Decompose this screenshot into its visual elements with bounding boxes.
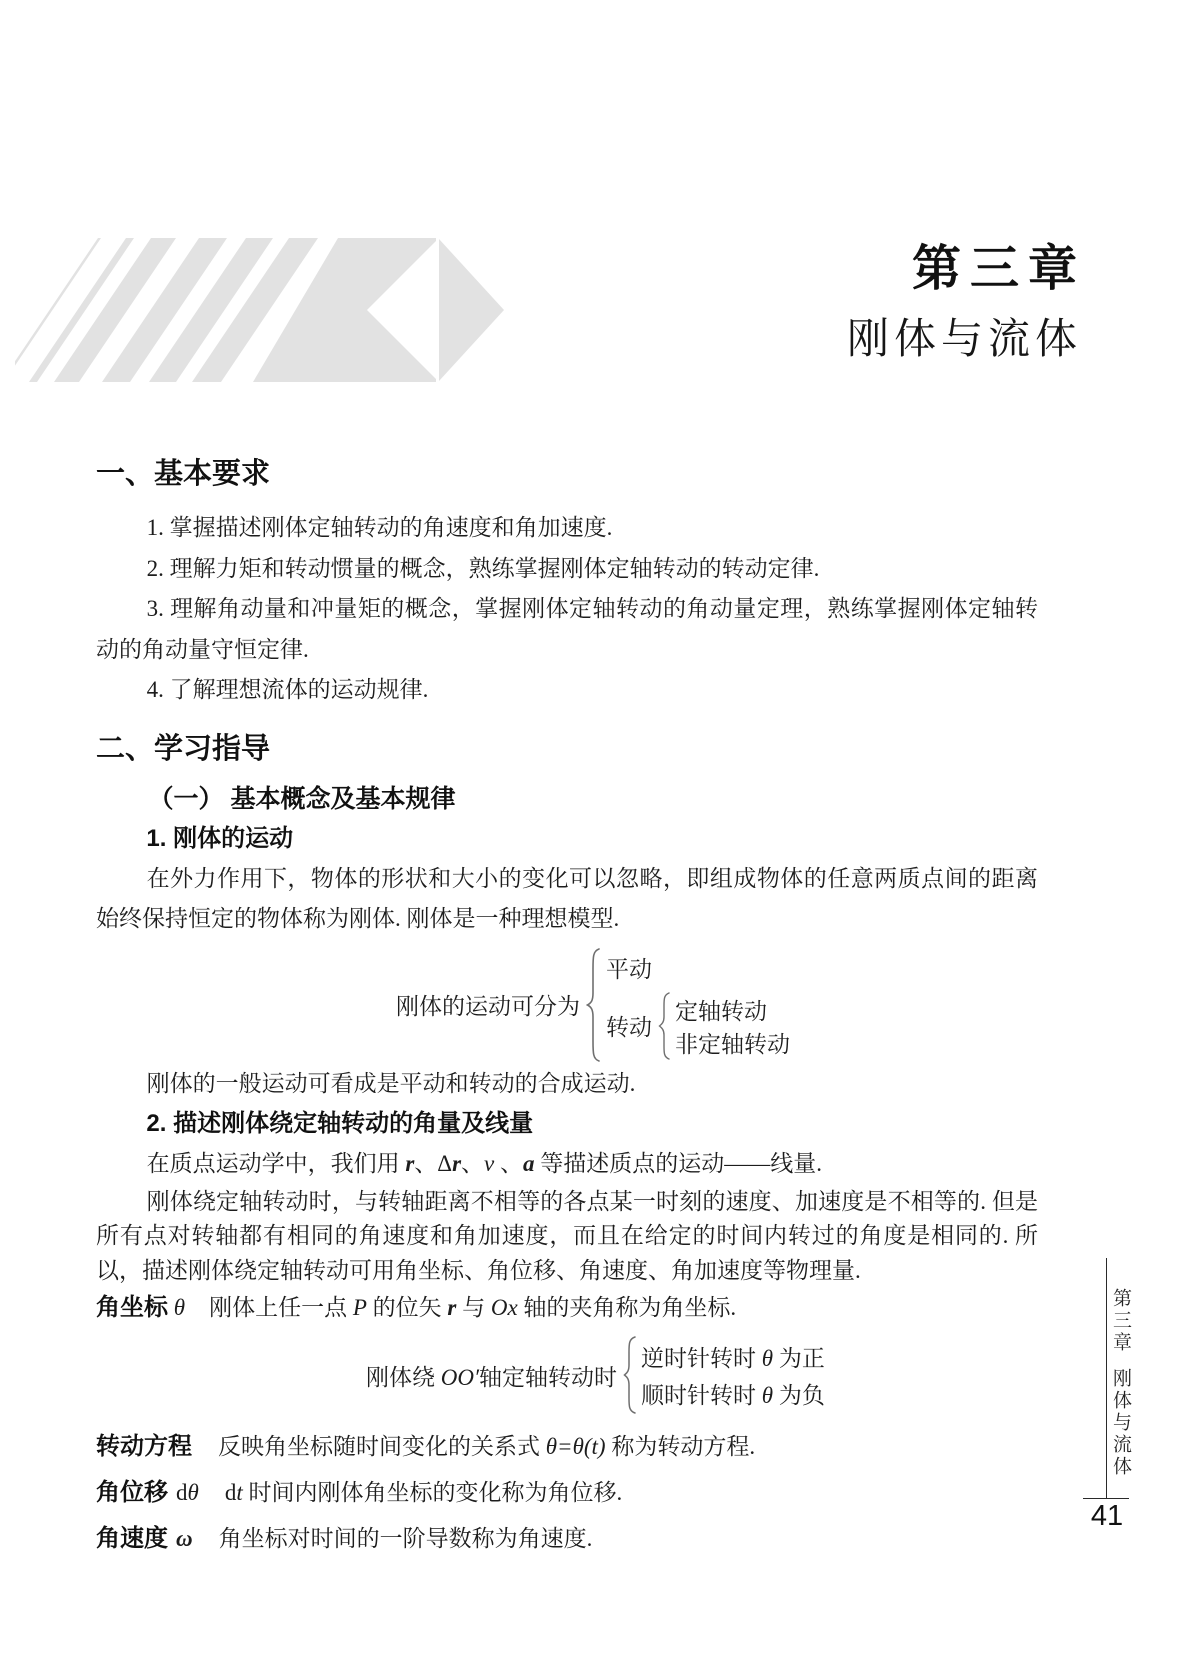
branch-rotation: 转动 [606, 1009, 652, 1042]
d-t-symbol: dt [225, 1480, 243, 1505]
page-number: 41 [1086, 1500, 1128, 1533]
point-p-symbol: P [353, 1295, 367, 1320]
sidebar-chapter-label: 第三章 [1107, 1288, 1134, 1354]
sidebar-horizontal-rule [1083, 1498, 1129, 1499]
text-run: 的位矢 [367, 1295, 448, 1320]
rotation-sub-branches: 定轴转动 非定轴转动 [675, 993, 790, 1059]
symbol-delta-r: r [452, 1151, 461, 1176]
classification-lead: 刚体的运动可分为 [396, 988, 580, 1021]
angular-coordinate-label: 角坐标 [96, 1294, 168, 1321]
requirement-item-1: 1. 掌握描述刚体定轴转动的角速度和角加速度. [96, 508, 1038, 549]
topic-heading-angular-quantities: 2. 描述刚体绕定轴转动的角量及线量 [96, 1104, 1038, 1144]
sidebar-chapter-title: 刚体与流体 [1107, 1368, 1134, 1478]
case-clockwise: 顺时针转时 θ 为负 [641, 1377, 825, 1410]
theta-symbol: θ [174, 1295, 185, 1320]
arrow-right-triangle [439, 239, 504, 381]
definition-angular-coordinate: 角坐标 θ刚体上任一点 P 的位矢 r 与 Ox 轴的夹角称为角坐标. [96, 1288, 1038, 1328]
sub-branch-non-fixed-axis: 非定轴转动 [675, 1026, 790, 1059]
axis-oo-symbol: OO′ [441, 1365, 479, 1390]
branch-rotation-group: 转动 定轴转动 非定轴转动 [606, 991, 790, 1061]
text-run: 、 [461, 1151, 484, 1176]
textbook-page: 第三章 刚体与流体 一、基本要求 1. 掌握描述刚体定轴转动的角速度和角加速度.… [0, 0, 1202, 1675]
topic-heading-rigid-body-motion: 1. 刚体的运动 [96, 819, 1038, 859]
ox-axis-symbol: Ox [491, 1295, 518, 1320]
omega-symbol: ω [176, 1526, 193, 1551]
rotation-sign-figure: 刚体绕 OO′轴定轴转动时 逆时针转时 θ 为正 顺时针转时 θ 为负 [366, 1332, 1038, 1418]
case-counterclockwise: 逆时针转时 θ 为正 [641, 1340, 825, 1373]
rotation-sign-cases: 逆时针转时 θ 为正 顺时针转时 θ 为负 [641, 1340, 825, 1410]
section-heading-requirements: 一、基本要求 [96, 456, 1038, 492]
paragraph-rigid-body-definition: 在外力作用下，物体的形状和大小的变化可以忽略，即组成物体的任意两质点间的距离始终… [96, 859, 1038, 940]
subsection-heading-concepts: （一） 基本概念及基本规律 [96, 779, 1038, 819]
curly-brace-sign-icon [623, 1335, 637, 1415]
paragraph-line-quantities: 在质点运动学中，我们用 r、Δr、v 、a 等描述质点的运动——线量. [96, 1144, 1038, 1185]
vector-r-symbol: r [447, 1295, 456, 1320]
text-run: 、 [494, 1151, 523, 1176]
text-run: 在质点运动学中，我们用 [147, 1151, 406, 1176]
text-run: 轴的夹角称为角坐标. [518, 1295, 737, 1320]
paragraph-general-motion: 刚体的一般运动可看成是平动和转动的合成运动. [96, 1064, 1038, 1105]
text-run: 、Δ [414, 1151, 452, 1176]
chapter-title: 刚体与流体 [847, 306, 1082, 366]
curly-brace-inner-icon [658, 991, 671, 1061]
requirement-item-2: 2. 理解力矩和转动惯量的概念，熟练掌握刚体定轴转动的转动定律. [96, 549, 1038, 590]
text-run: 等描述质点的运动——线量. [535, 1151, 823, 1176]
branch-translation: 平动 [606, 949, 790, 984]
curly-brace-outer-icon [586, 946, 602, 1064]
requirement-item-3: 3. 理解角动量和冲量矩的概念，掌握刚体定轴转动的角动量定理，熟练掌握刚体定轴转… [96, 589, 1038, 670]
sub-branch-fixed-axis: 定轴转动 [675, 993, 790, 1026]
page-content: 一、基本要求 1. 掌握描述刚体定轴转动的角速度和角加速度. 2. 理解力矩和转… [96, 456, 1038, 1562]
chapter-head: 第三章 刚体与流体 [847, 230, 1077, 366]
symbol-a: a [523, 1151, 535, 1176]
d-theta-symbol: dθ [176, 1480, 199, 1505]
symbol-v: v [484, 1151, 494, 1176]
paragraph-fixed-axis-rotation: 刚体绕定轴转动时，与转轴距离不相等的各点某一时刻的速度、加速度是不相等的. 但是… [96, 1185, 1038, 1289]
motion-classification-figure: 刚体的运动可分为 平动 转动 定轴转动 非定轴转动 [396, 946, 1038, 1064]
rotation-equation-formula: θ=θ(t) [546, 1434, 606, 1459]
symbol-r: r [405, 1151, 414, 1176]
definition-rotation-equation: 转动方程反映角坐标随时间变化的关系式 θ=θ(t) 称为转动方程. [96, 1424, 1038, 1470]
chapter-number: 第三章 [847, 230, 1086, 300]
definition-angular-velocity: 角速度ω角坐标对时间的一阶导数称为角速度. [96, 1516, 1038, 1562]
classification-branches: 平动 转动 定轴转动 非定轴转动 [606, 949, 790, 1061]
rotation-sign-lead: 刚体绕 OO′轴定轴转动时 [366, 1359, 617, 1392]
text-run: 与 [456, 1295, 491, 1320]
requirement-item-4: 4. 了解理想流体的运动规律. [96, 670, 1038, 711]
text-run: 刚体上任一点 [209, 1295, 353, 1320]
chapter-banner-decoration [15, 225, 515, 385]
section-heading-guidance: 二、学习指导 [96, 731, 1038, 767]
definition-angular-displacement: 角位移dθdt 时间内刚体角坐标的变化称为角位移. [96, 1470, 1038, 1516]
